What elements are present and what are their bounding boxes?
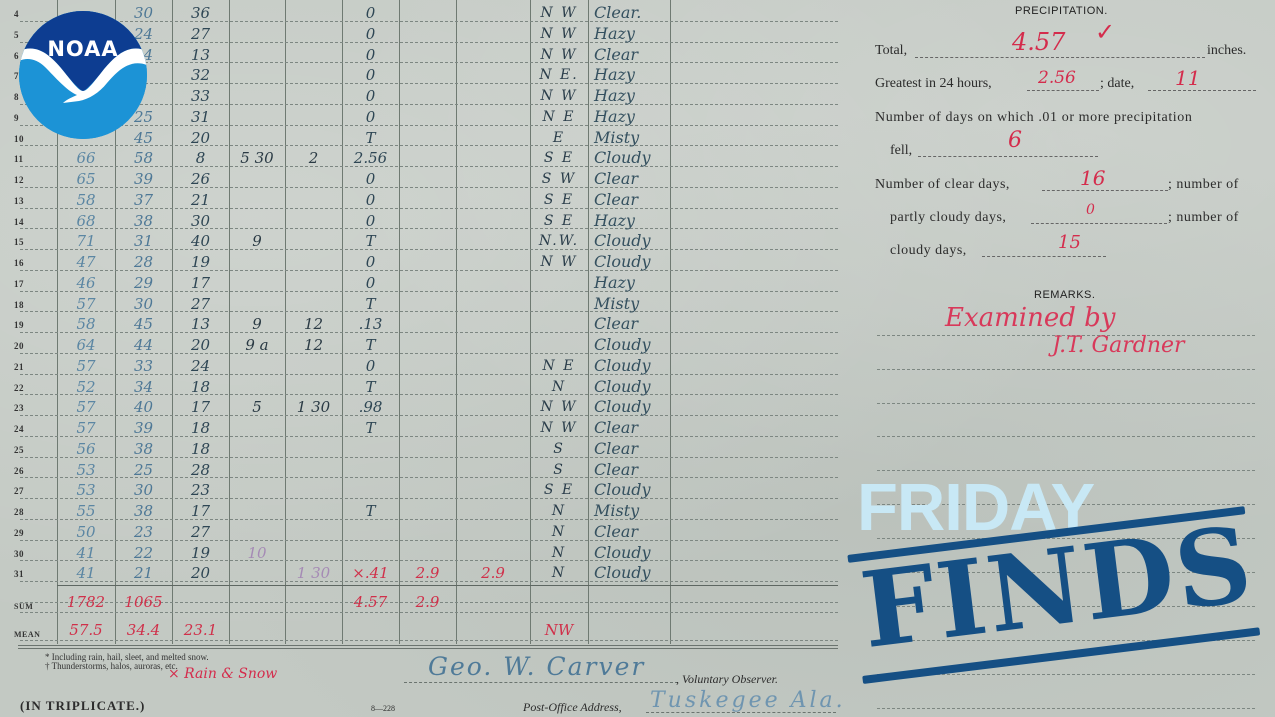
clear-days-line: [1042, 190, 1168, 191]
sum-min-cell: 1065: [115, 592, 172, 612]
min-temp-cell: 30: [115, 294, 172, 314]
sky-character-cell: Clear: [594, 190, 638, 210]
sky-character-cell: Hazy: [594, 24, 635, 44]
row-day-number: 13: [14, 196, 54, 206]
temp-range-cell: 27: [172, 522, 229, 542]
wind-direction-cell: N W: [530, 24, 588, 44]
row-day-number: 25: [14, 445, 54, 455]
remarks-line: [877, 708, 1255, 709]
wind-direction-cell: N: [530, 563, 588, 583]
min-temp-cell: 45: [115, 314, 172, 334]
sky-character-cell: Clear: [594, 522, 638, 542]
max-temp-cell: 58: [57, 314, 115, 334]
time-ended-cell: 1 30: [285, 563, 342, 583]
max-temp-cell: 56: [57, 439, 115, 459]
sky-character-cell: Cloudy: [594, 563, 651, 583]
min-temp-cell: 31: [115, 231, 172, 251]
sky-character-cell: Misty: [594, 128, 639, 148]
max-temp-cell: 53: [57, 480, 115, 500]
sky-character-cell: Cloudy: [594, 231, 651, 251]
remarks-line: [877, 369, 1255, 370]
max-temp-cell: 57: [57, 356, 115, 376]
sky-character-cell: Cloudy: [594, 356, 651, 376]
temp-range-cell: 26: [172, 169, 229, 189]
max-temp-cell: 41: [57, 563, 115, 583]
temp-range-cell: 13: [172, 45, 229, 65]
partly-cloudy-line: [1031, 223, 1167, 224]
row-rule: [20, 104, 838, 105]
temp-range-cell: 32: [172, 65, 229, 85]
totals-rule: [57, 585, 838, 586]
max-temp-cell: 65: [57, 169, 115, 189]
temp-range-cell: 19: [172, 252, 229, 272]
cloudy-days-value: 15: [1058, 232, 1081, 253]
observer-role: , Voluntary Observer.: [676, 672, 778, 687]
column-divider: [399, 0, 400, 644]
check-mark-icon: ✓: [1095, 18, 1115, 46]
greatest-value: 2.56: [1038, 68, 1076, 88]
time-ended-cell: 2: [285, 148, 342, 168]
footer-rule: [18, 645, 838, 649]
temp-range-cell: 17: [172, 501, 229, 521]
time-began-cell: 9: [229, 314, 285, 334]
temp-range-cell: 40: [172, 231, 229, 251]
wind-direction-cell: N: [530, 543, 588, 563]
wind-direction-cell: N: [530, 377, 588, 397]
row-rule: [20, 640, 838, 641]
row-day-number: 26: [14, 466, 54, 476]
max-temp-cell: 66: [57, 148, 115, 168]
cloudy-days-label: cloudy days,: [890, 243, 967, 259]
form-number: 8—228: [371, 704, 395, 713]
snowfall-cell: 2.9: [399, 563, 456, 583]
clear-days-label: Number of clear days,: [875, 177, 1010, 193]
address-label: Post-Office Address,: [523, 700, 622, 715]
row-day-number: 19: [14, 320, 54, 330]
row-day-number: 11: [14, 154, 54, 164]
precipitation-cell: 0: [342, 190, 399, 210]
sky-character-cell: Hazy: [594, 273, 635, 293]
observer-address: Tuskegee Ala.: [650, 688, 846, 713]
precipitation-cell: 2.56: [342, 148, 399, 168]
row-day-number: 16: [14, 258, 54, 268]
sky-character-cell: Misty: [594, 294, 639, 314]
temp-range-cell: 17: [172, 397, 229, 417]
sky-character-cell: Cloudy: [594, 480, 651, 500]
min-temp-cell: 30: [115, 3, 172, 23]
remarks-examiner-signature: J.T. Gardner: [1052, 333, 1185, 358]
partly-cloudy-label: partly cloudy days,: [890, 210, 1006, 226]
temp-range-cell: 24: [172, 356, 229, 376]
temp-range-cell: 23: [172, 480, 229, 500]
column-divider: [588, 0, 589, 644]
mean-range-cell: 23.1: [172, 620, 229, 640]
max-temp-cell: 58: [57, 190, 115, 210]
wind-direction-cell: E: [530, 128, 588, 148]
min-temp-cell: 29: [115, 273, 172, 293]
row-day-number: 15: [14, 237, 54, 247]
precipitation-cell: T: [342, 335, 399, 355]
precipitation-cell: 0: [342, 86, 399, 106]
sky-character-cell: Clear: [594, 45, 638, 65]
temp-range-cell: 36: [172, 3, 229, 23]
precipitation-cell: ×.41: [342, 563, 399, 583]
remarks-line: [877, 403, 1255, 404]
max-temp-cell: 55: [57, 501, 115, 521]
max-temp-cell: 57: [57, 418, 115, 438]
date-value: 11: [1175, 66, 1200, 90]
precipitation-cell: 0: [342, 273, 399, 293]
noaa-bird-emblem-icon: [19, 11, 147, 139]
temp-range-cell: 19: [172, 543, 229, 563]
min-temp-cell: 38: [115, 211, 172, 231]
row-day-number: 29: [14, 528, 54, 538]
wind-direction-cell: N W: [530, 86, 588, 106]
sky-character-cell: Hazy: [594, 107, 635, 127]
sky-character-cell: Hazy: [594, 211, 635, 231]
temp-range-cell: 33: [172, 86, 229, 106]
max-temp-cell: 41: [57, 543, 115, 563]
max-temp-cell: 50: [57, 522, 115, 542]
wind-direction-cell: S: [530, 439, 588, 459]
row-day-number: 17: [14, 279, 54, 289]
sky-character-cell: Clear: [594, 418, 638, 438]
max-temp-cell: 47: [57, 252, 115, 272]
wind-direction-cell: N W: [530, 45, 588, 65]
temp-range-cell: 20: [172, 128, 229, 148]
temp-range-cell: 31: [172, 107, 229, 127]
temp-range-cell: 18: [172, 377, 229, 397]
remarks-heading: REMARKS.: [1034, 289, 1095, 301]
prevailing-wind-cell: NW: [530, 620, 588, 640]
wind-direction-cell: N.W.: [530, 231, 588, 251]
temp-range-cell: 8: [172, 148, 229, 168]
precipitation-cell: T: [342, 231, 399, 251]
min-temp-cell: 25: [115, 460, 172, 480]
min-temp-cell: 38: [115, 439, 172, 459]
precipitation-cell: 0: [342, 211, 399, 231]
date-line: [1148, 90, 1256, 91]
wind-direction-cell: N E.: [530, 65, 588, 85]
min-temp-cell: 37: [115, 190, 172, 210]
sky-character-cell: Clear: [594, 169, 638, 189]
fell-line: [918, 156, 1098, 157]
precipitation-cell: 0: [342, 107, 399, 127]
min-temp-cell: 39: [115, 418, 172, 438]
row-day-number: 24: [14, 424, 54, 434]
snow-depth-cell: 2.9: [456, 563, 530, 583]
temp-range-cell: 27: [172, 24, 229, 44]
min-temp-cell: 38: [115, 501, 172, 521]
max-temp-cell: 68: [57, 211, 115, 231]
max-temp-cell: 71: [57, 231, 115, 251]
max-temp-cell: 57: [57, 397, 115, 417]
noaa-logo-text: NOAA: [19, 37, 147, 61]
sky-character-cell: Clear: [594, 439, 638, 459]
sky-character-cell: Clear.: [594, 3, 641, 23]
precipitation-cell: 0: [342, 252, 399, 272]
mean-row-label: MEAN: [14, 630, 54, 639]
sky-character-cell: Hazy: [594, 65, 635, 85]
precipitation-cell: T: [342, 501, 399, 521]
row-day-number: 27: [14, 486, 54, 496]
wind-direction-cell: S E: [530, 148, 588, 168]
temp-range-cell: 20: [172, 563, 229, 583]
row-day-number: 20: [14, 341, 54, 351]
sky-character-cell: Cloudy: [594, 543, 651, 563]
time-began-cell: 10: [229, 543, 285, 563]
row-day-number: 4: [14, 9, 54, 19]
fell-label: fell,: [890, 143, 912, 159]
temp-range-cell: 13: [172, 314, 229, 334]
number-of-label-1: ; number of: [1168, 177, 1239, 193]
wind-direction-cell: S E: [530, 480, 588, 500]
max-temp-cell: 64: [57, 335, 115, 355]
number-of-label-2: ; number of: [1168, 210, 1239, 226]
sum-row-label: SUM: [14, 602, 54, 611]
min-temp-cell: 33: [115, 356, 172, 376]
sky-character-cell: Cloudy: [594, 335, 651, 355]
precipitation-cell: 0: [342, 65, 399, 85]
temp-range-cell: 21: [172, 190, 229, 210]
greatest-line: [1027, 90, 1099, 91]
row-day-number: 18: [14, 300, 54, 310]
wind-direction-cell: N W: [530, 418, 588, 438]
max-temp-cell: 57: [57, 294, 115, 314]
wind-direction-cell: S E: [530, 211, 588, 231]
sum-precip-cell: 4.57: [342, 592, 399, 612]
row-day-number: 22: [14, 383, 54, 393]
min-temp-cell: 34: [115, 377, 172, 397]
wind-direction-cell: N E: [530, 356, 588, 376]
min-temp-cell: 28: [115, 252, 172, 272]
sum-max-cell: 1782: [57, 592, 115, 612]
min-temp-cell: 45: [115, 128, 172, 148]
min-temp-cell: 58: [115, 148, 172, 168]
temp-range-cell: 17: [172, 273, 229, 293]
precipitation-cell: 0: [342, 169, 399, 189]
row-day-number: 28: [14, 507, 54, 517]
precipitation-cell: T: [342, 377, 399, 397]
sky-character-cell: Hazy: [594, 86, 635, 106]
sky-character-cell: Cloudy: [594, 252, 651, 272]
wind-direction-cell: N W: [530, 252, 588, 272]
total-value: 4.57: [1012, 28, 1065, 56]
sky-character-cell: Clear: [594, 460, 638, 480]
remarks-line: [877, 436, 1255, 437]
precipitation-heading: PRECIPITATION.: [1015, 5, 1108, 17]
days-label: Number of days on which .01 or more prec…: [875, 110, 1193, 126]
min-temp-cell: 40: [115, 397, 172, 417]
wind-direction-cell: N W: [530, 3, 588, 23]
temp-range-cell: 30: [172, 211, 229, 231]
precipitation-cell: T: [342, 128, 399, 148]
observer-signature-line: [404, 682, 678, 683]
max-temp-cell: 53: [57, 460, 115, 480]
min-temp-cell: 22: [115, 543, 172, 563]
wind-direction-cell: N E: [530, 107, 588, 127]
noaa-logo[interactable]: NOAA: [19, 11, 147, 139]
min-temp-cell: 39: [115, 169, 172, 189]
row-day-number: 21: [14, 362, 54, 372]
mean-min-cell: 34.4: [115, 620, 172, 640]
temp-range-cell: 20: [172, 335, 229, 355]
sum-snow-cell: 2.9: [399, 592, 456, 612]
remarks-examined-by: Examined by: [945, 303, 1116, 333]
wind-direction-cell: S: [530, 460, 588, 480]
column-divider: [670, 0, 671, 644]
temp-range-cell: 27: [172, 294, 229, 314]
in-triplicate-label: (IN TRIPLICATE.): [20, 698, 145, 714]
row-rule: [20, 612, 838, 613]
row-day-number: 10: [14, 134, 54, 144]
footnote-thunder: † Thunderstorms, halos, auroras, etc.: [45, 661, 178, 671]
precipitation-cell: T: [342, 294, 399, 314]
temp-range-cell: 28: [172, 460, 229, 480]
time-ended-cell: 12: [285, 335, 342, 355]
clear-days-value: 16: [1080, 166, 1105, 190]
partly-cloudy-value: 0: [1086, 202, 1095, 218]
min-temp-cell: 30: [115, 480, 172, 500]
sky-character-cell: Misty: [594, 501, 639, 521]
precipitation-cell: 0: [342, 356, 399, 376]
row-day-number: 12: [14, 175, 54, 185]
time-began-cell: 9 a: [229, 335, 285, 355]
row-day-number: 14: [14, 217, 54, 227]
time-began-cell: 9: [229, 231, 285, 251]
max-temp-cell: 46: [57, 273, 115, 293]
date-label: ; date,: [1100, 76, 1134, 92]
observer-signature: Geo. W. Carver: [428, 652, 645, 681]
min-temp-cell: 23: [115, 522, 172, 542]
wind-direction-cell: S E: [530, 190, 588, 210]
total-label: Total,: [875, 43, 907, 59]
temp-range-cell: 18: [172, 418, 229, 438]
row-day-number: 23: [14, 403, 54, 413]
sky-character-cell: Cloudy: [594, 148, 651, 168]
precipitation-cell: 0: [342, 3, 399, 23]
sky-character-cell: Clear: [594, 314, 638, 334]
sky-character-cell: Cloudy: [594, 377, 651, 397]
total-line: [915, 57, 1205, 58]
rain-snow-annotation: × Rain & Snow: [168, 666, 277, 682]
precipitation-cell: .98: [342, 397, 399, 417]
min-temp-cell: 44: [115, 335, 172, 355]
temp-range-cell: 18: [172, 439, 229, 459]
wind-direction-cell: N W: [530, 397, 588, 417]
time-began-cell: 5 30: [229, 148, 285, 168]
time-began-cell: 5: [229, 397, 285, 417]
max-temp-cell: 52: [57, 377, 115, 397]
precipitation-cell: .13: [342, 314, 399, 334]
precipitation-cell: T: [342, 418, 399, 438]
time-ended-cell: 12: [285, 314, 342, 334]
time-ended-cell: 1 30: [285, 397, 342, 417]
column-divider: [456, 0, 457, 644]
wind-direction-cell: N: [530, 501, 588, 521]
precipitation-cell: 0: [342, 45, 399, 65]
min-temp-cell: 21: [115, 563, 172, 583]
days-value: 6: [1008, 128, 1022, 153]
greatest-label: Greatest in 24 hours,: [875, 76, 992, 92]
cloudy-days-line: [982, 256, 1106, 257]
precipitation-cell: 0: [342, 24, 399, 44]
wind-direction-cell: N: [530, 522, 588, 542]
wind-direction-cell: S W: [530, 169, 588, 189]
sky-character-cell: Cloudy: [594, 397, 651, 417]
row-day-number: 30: [14, 549, 54, 559]
row-day-number: 31: [14, 569, 54, 579]
total-unit: inches.: [1207, 43, 1246, 59]
mean-max-cell: 57.5: [57, 620, 115, 640]
